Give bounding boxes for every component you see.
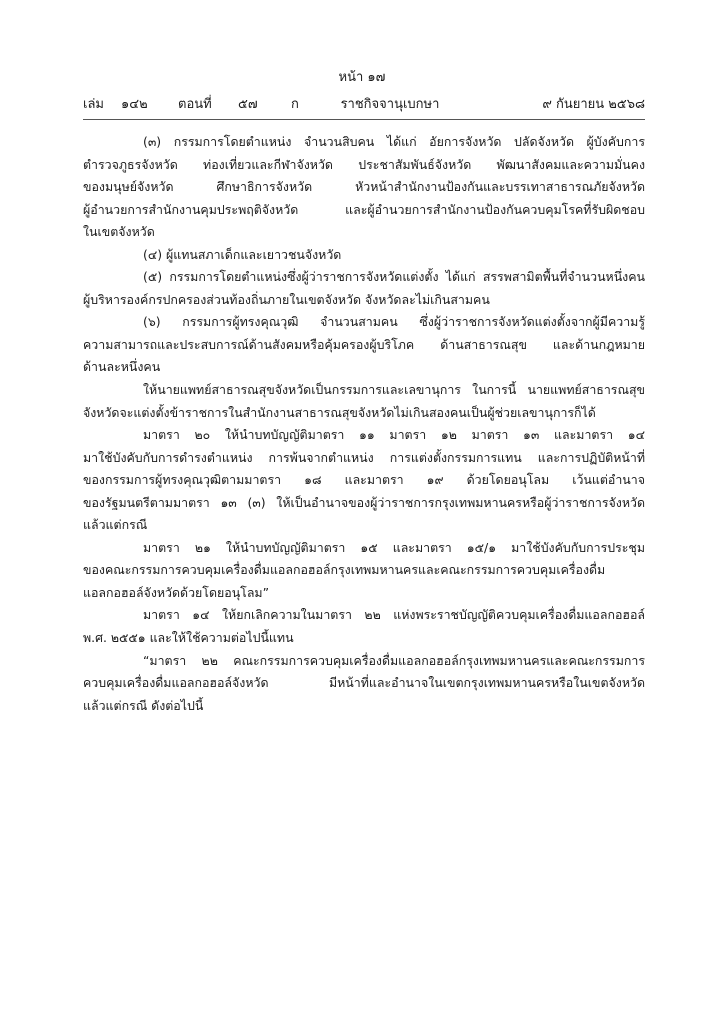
paragraph-line: มาตรา ๑๔ ให้ยกเลิกความในมาตรา ๒๒ แห่งพระ… [83,604,645,627]
paragraph-line: ด้านละหนึ่งคน [83,356,645,379]
gazette-header: เล่ม ๑๔๒ ตอนที่ ๕๗ ก ราชกิจจานุเบกษา ๙ ก… [83,94,645,116]
paragraph-line: ของมนุษย์จังหวัด ศึกษาธิการจังหวัด หัวหน… [83,176,645,199]
page-number: หน้า ๑๗ [0,68,724,88]
paragraph-line: (๖) กรรมการผู้ทรงคุณวุฒิ จำนวนสามคน ซึ่ง… [83,311,645,334]
paragraph-line: จังหวัดจะแต่งตั้งข้าราชการในสำนักงานสาธา… [83,402,645,425]
document-body: (๓) กรรมการโดยตำแหน่ง จำนวนสิบคน ได้แก่ … [83,131,645,717]
paragraph-line: (๕) กรรมการโดยตำแหน่งซึ่งผู้ว่าราชการจัง… [83,266,645,289]
paragraph-line: “มาตรา ๒๒ คณะกรรมการควบคุมเครื่องดื่มแอล… [83,650,645,673]
paragraph-line: ความสามารถและประสบการณ์ด้านสังคมหรือคุ้ม… [83,334,645,357]
paragraph-line: มาใช้บังคับกับการดำรงตำแหน่ง การพ้นจากตำ… [83,447,645,470]
header-divider [83,119,645,120]
paragraph-line: ของกรรมการผู้ทรงคุณวุฒิตามมาตรา ๑๘ และมา… [83,469,645,492]
volume-label: เล่ม [83,94,104,116]
paragraph-line: พ.ศ. ๒๕๕๑ และให้ใช้ความต่อไปนี้แทน [83,627,645,650]
paragraph-line: ในเขตจังหวัด [83,221,645,244]
section-letter: ก [291,94,299,116]
paragraph-line: (๓) กรรมการโดยตำแหน่ง จำนวนสิบคน ได้แก่ … [83,131,645,154]
paragraph-line: แล้วแต่กรณี ดังต่อไปนี้ [83,695,645,718]
paragraph-line: แล้วแต่กรณี [83,514,645,537]
paragraph-line: แอลกอฮอล์จังหวัดด้วยโดยอนุโลม” [83,582,645,605]
issue-label: ตอนที่ [178,94,212,116]
issue-number: ๕๗ [238,94,258,116]
paragraph-line: ผู้อำนวยการสำนักงานคุมประพฤติจังหวัด และ… [83,199,645,222]
paragraph-line: ควบคุมเครื่องดื่มแอลกอฮอล์จังหวัด มีหน้า… [83,672,645,695]
paragraph-line: (๔) ผู้แทนสภาเด็กและเยาวชนจังหวัด [83,244,645,267]
publication-date: ๙ กันยายน ๒๕๖๘ [542,94,645,116]
gazette-name: ราชกิจจานุเบกษา [315,94,465,116]
paragraph-line: ของคณะกรรมการควบคุมเครื่องดื่มแอลกอฮอล์ก… [83,559,645,582]
paragraph-line: ให้นายแพทย์สาธารณสุขจังหวัดเป็นกรรมการแล… [83,379,645,402]
paragraph-line: มาตรา ๒๑ ให้นำบทบัญญัติมาตรา ๑๕ และมาตรา… [83,537,645,560]
volume-number: ๑๔๒ [121,94,148,116]
paragraph-line: ตำรวจภูธรจังหวัด ท่องเที่ยวและกีฬาจังหวั… [83,154,645,177]
gazette-page: หน้า ๑๗ เล่ม ๑๔๒ ตอนที่ ๕๗ ก ราชกิจจานุเ… [0,0,724,1024]
paragraph-line: ผู้บริหารองค์กรปกครองส่วนท้องถิ่นภายในเข… [83,289,645,312]
paragraph-line: มาตรา ๒๐ ให้นำบทบัญญัติมาตรา ๑๑ มาตรา ๑๒… [83,424,645,447]
paragraph-line: ของรัฐมนตรีตามมาตรา ๑๓ (๓) ให้เป็นอำนาจข… [83,492,645,515]
